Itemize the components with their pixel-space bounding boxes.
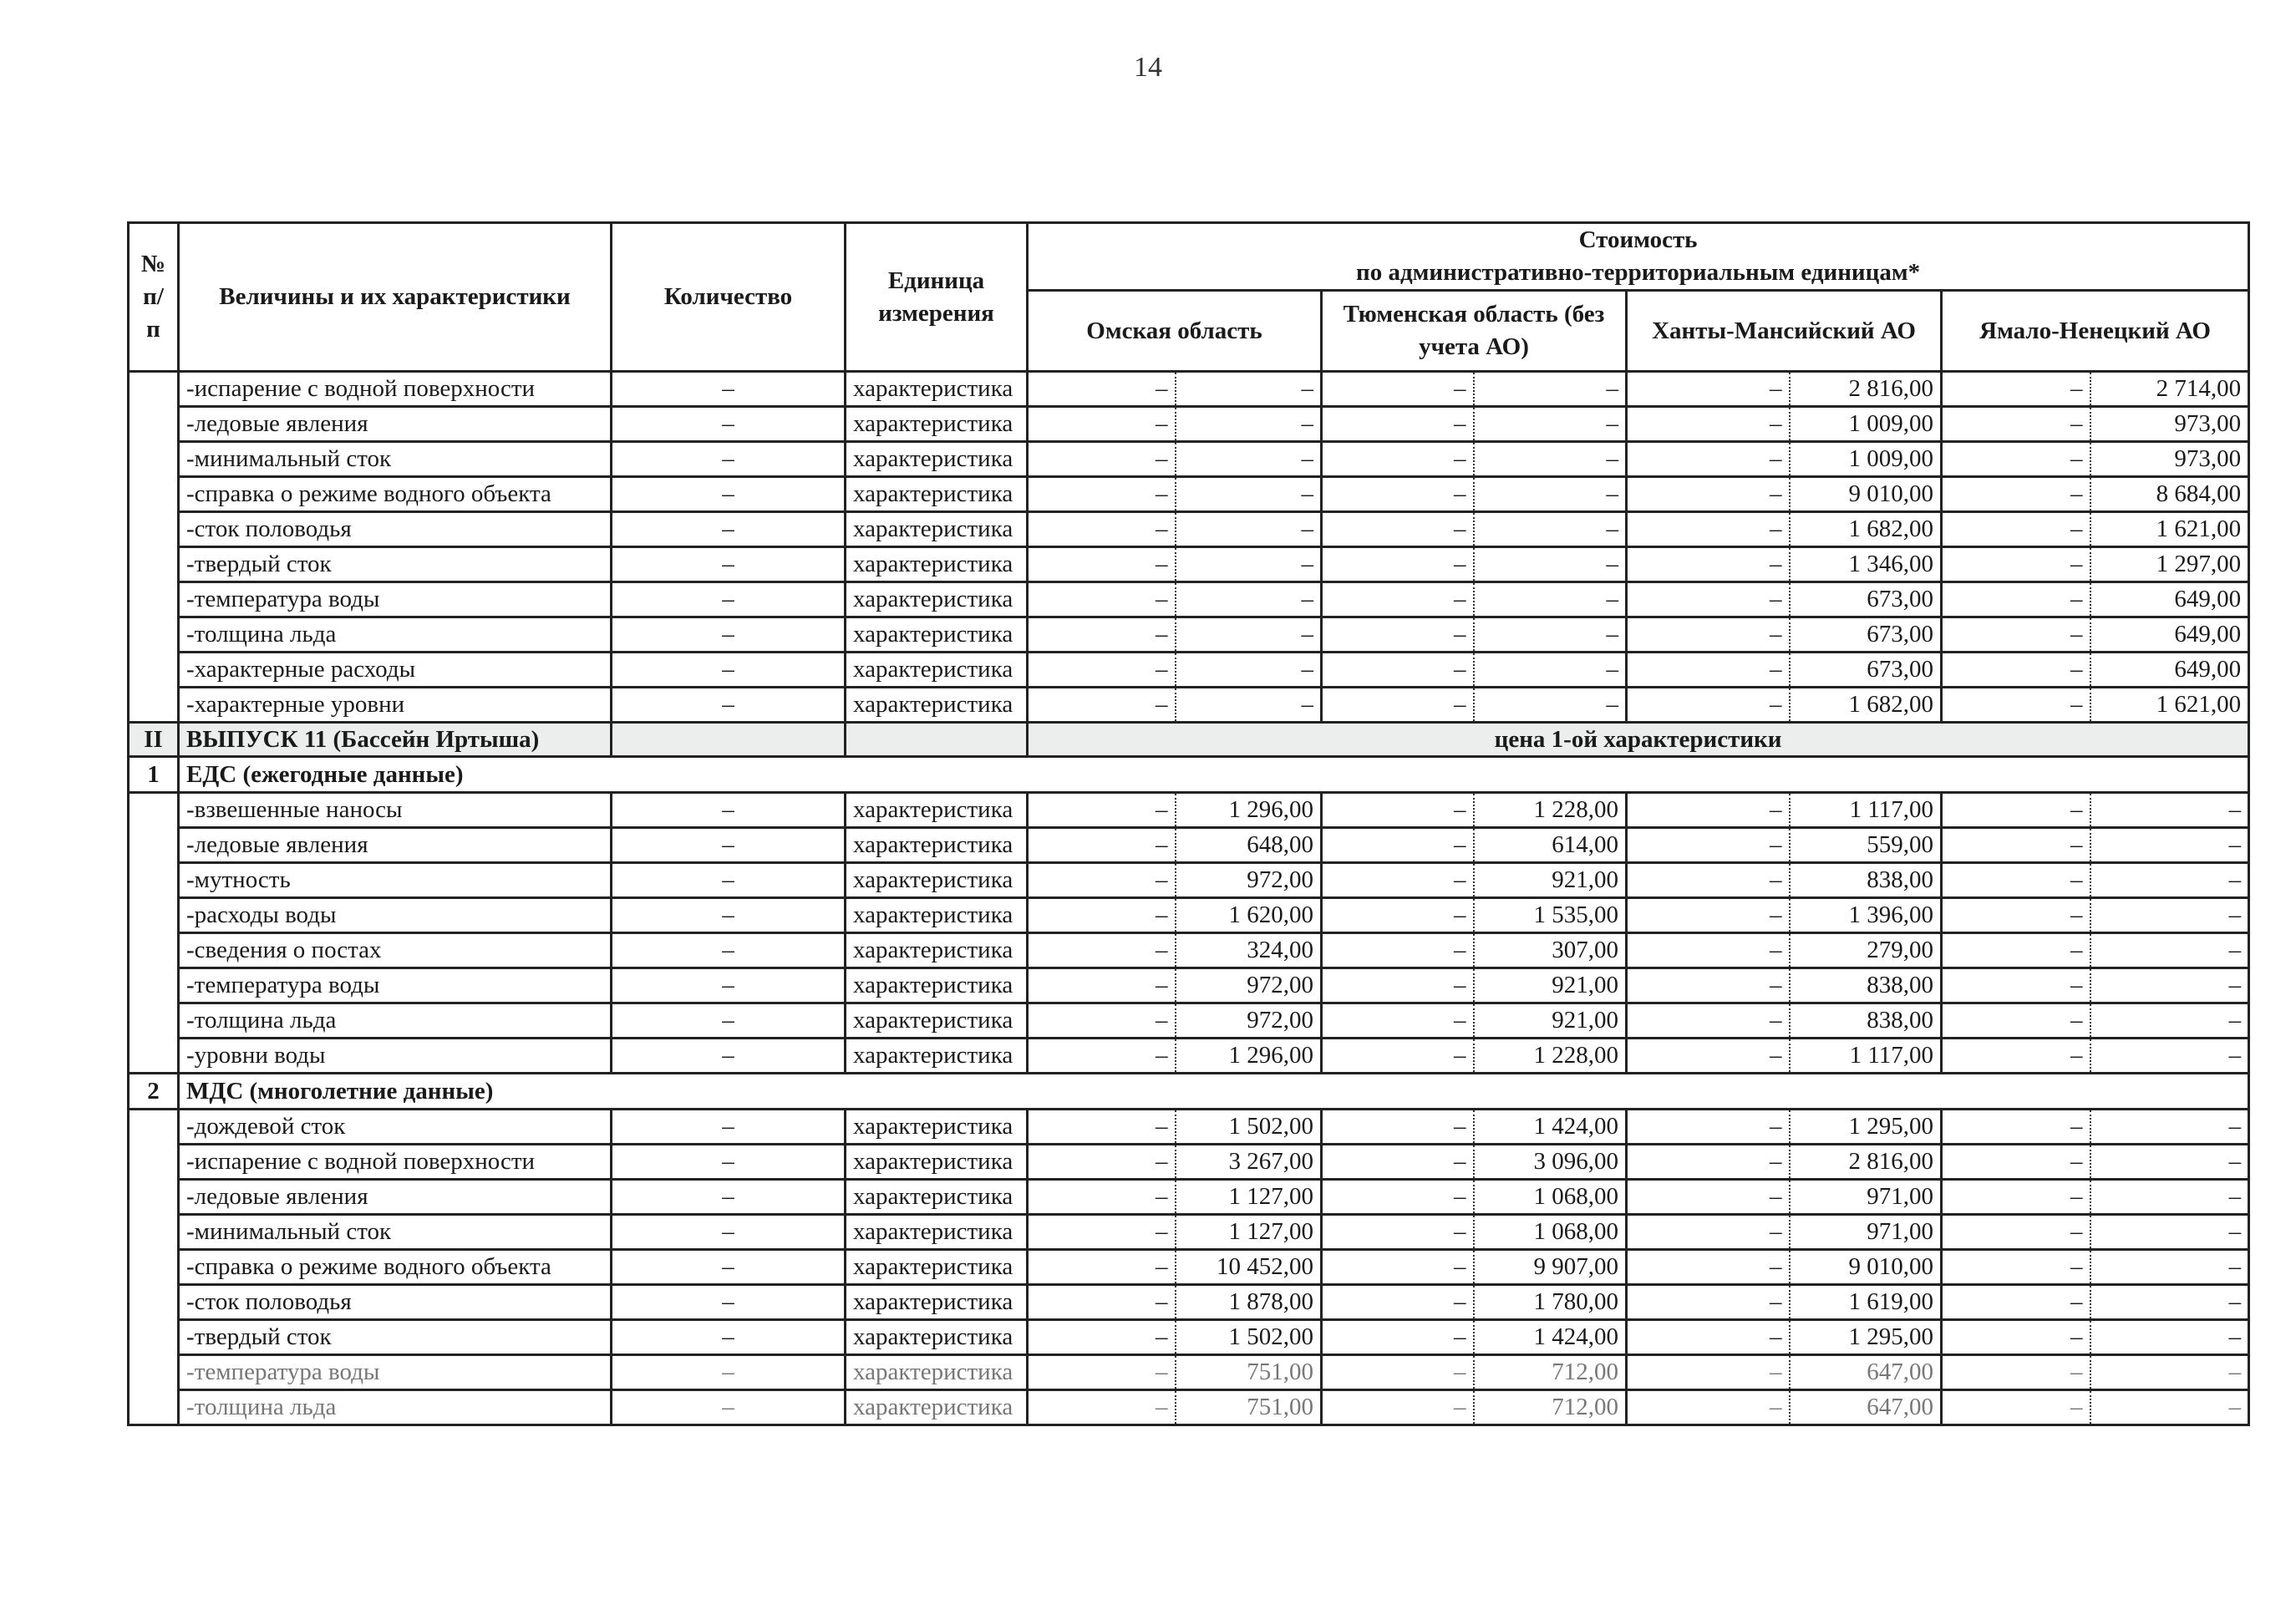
- row-value: 1 502,00: [1176, 1110, 1322, 1145]
- row-value: –: [1474, 547, 1627, 582]
- row-qty: –: [612, 653, 846, 688]
- row-value: –: [1322, 1180, 1474, 1215]
- row-value: –: [1322, 1003, 1474, 1039]
- row-value: –: [2090, 968, 2249, 1003]
- row-name: -справка о режиме водного объекта: [179, 477, 612, 512]
- section-row: IIВЫПУСК 11 (Бассейн Иртыша)цена 1-ой ха…: [129, 723, 2249, 757]
- table-row: -испарение с водной поверхности–характер…: [129, 372, 2249, 407]
- table-row: -толщина льда–характеристика–751,00–712,…: [129, 1390, 2249, 1425]
- row-value: 673,00: [1790, 582, 1942, 617]
- row-value: –: [1942, 1250, 2090, 1285]
- row-qty: –: [612, 1285, 846, 1320]
- row-unit: характеристика: [846, 828, 1028, 863]
- row-value: 1 009,00: [1790, 442, 1942, 477]
- row-value: –: [2090, 1003, 2249, 1039]
- row-value: –: [1322, 442, 1474, 477]
- row-value: –: [1028, 1320, 1176, 1355]
- subsection-number: 1: [129, 757, 179, 793]
- row-value: –: [1028, 407, 1176, 442]
- row-qty: –: [612, 828, 846, 863]
- row-value: –: [1474, 617, 1627, 653]
- row-value: 1 535,00: [1474, 898, 1627, 933]
- row-unit: характеристика: [846, 1355, 1028, 1390]
- table-row: -дождевой сток–характеристика–1 502,00–1…: [129, 1110, 2249, 1145]
- row-qty: –: [612, 933, 846, 968]
- row-value: –: [1627, 372, 1790, 407]
- row-unit: характеристика: [846, 512, 1028, 547]
- row-name: -взвешенные наносы: [179, 793, 612, 828]
- table-row: -толщина льда–характеристика–––––673,00–…: [129, 617, 2249, 653]
- table-row: -уровни воды–характеристика–1 296,00–1 2…: [129, 1039, 2249, 1074]
- row-value: 324,00: [1176, 933, 1322, 968]
- row-qty: –: [612, 688, 846, 723]
- row-value: –: [1028, 1145, 1176, 1180]
- row-value: 838,00: [1790, 968, 1942, 1003]
- row-value: –: [1627, 1215, 1790, 1250]
- row-value: –: [2090, 1285, 2249, 1320]
- row-unit: характеристика: [846, 968, 1028, 1003]
- table-row: -ледовые явления–характеристика–648,00–6…: [129, 828, 2249, 863]
- row-value: –: [1474, 653, 1627, 688]
- row-name: -справка о режиме водного объекта: [179, 1250, 612, 1285]
- row-name: -испарение с водной поверхности: [179, 1145, 612, 1180]
- row-value: 1 621,00: [2090, 512, 2249, 547]
- row-value: –: [2090, 1180, 2249, 1215]
- row-value: –: [1322, 653, 1474, 688]
- row-value: 614,00: [1474, 828, 1627, 863]
- row-value: 1 620,00: [1176, 898, 1322, 933]
- row-value: –: [1942, 968, 2090, 1003]
- row-value: –: [1322, 477, 1474, 512]
- row-value: –: [1942, 1215, 2090, 1250]
- cost-table: № п/п Величины и их характеристики Колич…: [127, 221, 2250, 1426]
- row-value: 751,00: [1176, 1390, 1322, 1425]
- row-value: –: [1176, 688, 1322, 723]
- row-value: –: [1322, 1390, 1474, 1425]
- row-value: –: [2090, 933, 2249, 968]
- row-value: –: [1322, 582, 1474, 617]
- table-row: -справка о режиме водного объекта–характ…: [129, 1250, 2249, 1285]
- row-value: –: [1627, 477, 1790, 512]
- table-row: -минимальный сток–характеристика–––––1 0…: [129, 442, 2249, 477]
- row-value: –: [2090, 1390, 2249, 1425]
- row-value: –: [1028, 1285, 1176, 1320]
- row-value: –: [1627, 1003, 1790, 1039]
- row-value: –: [1942, 1355, 2090, 1390]
- row-value: –: [1028, 1355, 1176, 1390]
- table-row: -температура воды–характеристика–972,00–…: [129, 968, 2249, 1003]
- row-qty: –: [612, 1320, 846, 1355]
- row-value: 1 878,00: [1176, 1285, 1322, 1320]
- row-value: –: [1322, 1215, 1474, 1250]
- row-value: –: [1176, 442, 1322, 477]
- row-value: –: [1028, 1003, 1176, 1039]
- row-qty: –: [612, 793, 846, 828]
- row-value: 1 068,00: [1474, 1215, 1627, 1250]
- row-value: 973,00: [2090, 407, 2249, 442]
- price-note: цена 1-ой характеристики: [1028, 723, 2249, 757]
- row-value: 9 010,00: [1790, 477, 1942, 512]
- row-value: 971,00: [1790, 1180, 1942, 1215]
- row-value: 921,00: [1474, 968, 1627, 1003]
- row-value: –: [1627, 968, 1790, 1003]
- row-value: 648,00: [1176, 828, 1322, 863]
- row-value: –: [1474, 442, 1627, 477]
- table-row: -испарение с водной поверхности–характер…: [129, 1145, 2249, 1180]
- row-value: –: [1028, 512, 1176, 547]
- row-value: –: [1627, 617, 1790, 653]
- row-value: –: [1627, 407, 1790, 442]
- row-value: –: [1028, 1215, 1176, 1250]
- row-value: –: [1942, 372, 2090, 407]
- row-value: –: [1942, 1039, 2090, 1074]
- subsection-title: ЕДС (ежегодные данные): [179, 757, 2249, 793]
- row-value: –: [1942, 1390, 2090, 1425]
- row-value: –: [1176, 617, 1322, 653]
- row-value: –: [1322, 1355, 1474, 1390]
- table-row: -твердый сток–характеристика–––––1 346,0…: [129, 547, 2249, 582]
- header-region-tyumen: Тюменская область (без учета АО): [1322, 291, 1627, 372]
- table-row: -сток половодья–характеристика–1 878,00–…: [129, 1285, 2249, 1320]
- row-value: –: [1322, 1285, 1474, 1320]
- row-value: –: [1627, 1390, 1790, 1425]
- row-value: –: [2090, 828, 2249, 863]
- section-empty: [612, 723, 846, 757]
- row-value: –: [1176, 653, 1322, 688]
- row-value: –: [1028, 1250, 1176, 1285]
- row-value: 647,00: [1790, 1355, 1942, 1390]
- row-value: –: [1322, 863, 1474, 898]
- row-unit: характеристика: [846, 582, 1028, 617]
- row-name: -уровни воды: [179, 1039, 612, 1074]
- row-value: 1 117,00: [1790, 1039, 1942, 1074]
- row-unit: характеристика: [846, 442, 1028, 477]
- row-value: 2 816,00: [1790, 1145, 1942, 1180]
- row-qty: –: [612, 898, 846, 933]
- header-num: № п/п: [129, 223, 179, 372]
- row-value: 1 502,00: [1176, 1320, 1322, 1355]
- table-row: -справка о режиме водного объекта–характ…: [129, 477, 2249, 512]
- row-value: –: [1176, 547, 1322, 582]
- header-cost-title: Стоимость: [1035, 224, 2241, 256]
- row-name: -минимальный сток: [179, 442, 612, 477]
- row-unit: характеристика: [846, 1250, 1028, 1285]
- row-unit: характеристика: [846, 1039, 1028, 1074]
- row-qty: –: [612, 512, 846, 547]
- row-value: –: [2090, 1320, 2249, 1355]
- row-value: 649,00: [2090, 653, 2249, 688]
- row-value: –: [1627, 442, 1790, 477]
- row-name: -мутность: [179, 863, 612, 898]
- row-unit: характеристика: [846, 863, 1028, 898]
- row-value: –: [1942, 828, 2090, 863]
- row-value: 973,00: [2090, 442, 2249, 477]
- row-name: -ледовые явления: [179, 828, 612, 863]
- row-value: –: [1474, 512, 1627, 547]
- row-name: -толщина льда: [179, 1390, 612, 1425]
- row-value: –: [1028, 898, 1176, 933]
- row-value: 9 010,00: [1790, 1250, 1942, 1285]
- row-unit: характеристика: [846, 1110, 1028, 1145]
- subsection-row: 2МДС (многолетние данные): [129, 1074, 2249, 1110]
- row-value: –: [1627, 1180, 1790, 1215]
- row-unit: характеристика: [846, 617, 1028, 653]
- table-row: -твердый сток–характеристика–1 502,00–1 …: [129, 1320, 2249, 1355]
- row-unit: характеристика: [846, 372, 1028, 407]
- table-row: -характерные уровни–характеристика–––––1…: [129, 688, 2249, 723]
- table-row: -толщина льда–характеристика–972,00–921,…: [129, 1003, 2249, 1039]
- row-value: 1 424,00: [1474, 1320, 1627, 1355]
- row-value: –: [1474, 372, 1627, 407]
- row-value: 2 816,00: [1790, 372, 1942, 407]
- row-value: –: [1322, 933, 1474, 968]
- row-qty: –: [612, 1110, 846, 1145]
- row-unit: характеристика: [846, 407, 1028, 442]
- subsection-title: МДС (многолетние данные): [179, 1074, 2249, 1110]
- row-value: 751,00: [1176, 1355, 1322, 1390]
- row-value: –: [1322, 1110, 1474, 1145]
- row-unit: характеристика: [846, 898, 1028, 933]
- row-value: –: [1627, 898, 1790, 933]
- row-value: –: [1627, 512, 1790, 547]
- row-value: –: [2090, 898, 2249, 933]
- row-value: –: [1322, 688, 1474, 723]
- row-value: –: [1322, 793, 1474, 828]
- row-value: –: [1028, 1039, 1176, 1074]
- row-value: 1 619,00: [1790, 1285, 1942, 1320]
- row-value: 9 907,00: [1474, 1250, 1627, 1285]
- row-value: 1 127,00: [1176, 1180, 1322, 1215]
- row-value: –: [1627, 828, 1790, 863]
- row-value: –: [1942, 512, 2090, 547]
- row-value: 838,00: [1790, 1003, 1942, 1039]
- row-name: -характерные уровни: [179, 688, 612, 723]
- row-value: –: [1627, 933, 1790, 968]
- row-qty: –: [612, 968, 846, 1003]
- row-value: –: [1176, 407, 1322, 442]
- row-value: –: [1942, 1320, 2090, 1355]
- row-value: 1 296,00: [1176, 1039, 1322, 1074]
- row-value: –: [1176, 477, 1322, 512]
- row-unit: характеристика: [846, 1320, 1028, 1355]
- row-name: -ледовые явления: [179, 1180, 612, 1215]
- row-qty: –: [612, 547, 846, 582]
- row-value: 921,00: [1474, 863, 1627, 898]
- row-value: –: [1474, 477, 1627, 512]
- row-value: –: [1028, 793, 1176, 828]
- row-value: 712,00: [1474, 1355, 1627, 1390]
- header-region-omsk: Омская область: [1028, 291, 1322, 372]
- row-qty: –: [612, 1250, 846, 1285]
- row-qty: –: [612, 477, 846, 512]
- row-value: –: [1028, 582, 1176, 617]
- row-value: 972,00: [1176, 863, 1322, 898]
- row-value: –: [1942, 547, 2090, 582]
- row-value: –: [1627, 582, 1790, 617]
- header-cost-subtitle: по административно-территориальным едини…: [1035, 256, 2241, 289]
- row-value: 1 346,00: [1790, 547, 1942, 582]
- header-region-yanao: Ямало-Ненецкий АО: [1942, 291, 2249, 372]
- row-value: –: [1942, 1145, 2090, 1180]
- row-value: –: [1942, 793, 2090, 828]
- row-value: –: [1942, 1110, 2090, 1145]
- row-value: –: [1627, 1039, 1790, 1074]
- row-qty: –: [612, 1003, 846, 1039]
- row-value: –: [1028, 968, 1176, 1003]
- row-value: 1 297,00: [2090, 547, 2249, 582]
- row-name: -температура воды: [179, 1355, 612, 1390]
- row-value: 649,00: [2090, 617, 2249, 653]
- row-qty: –: [612, 1390, 846, 1425]
- row-value: –: [1627, 1320, 1790, 1355]
- row-name: -толщина льда: [179, 1003, 612, 1039]
- row-value: –: [1627, 1145, 1790, 1180]
- row-qty: –: [612, 1180, 846, 1215]
- row-value: –: [1028, 477, 1176, 512]
- subsection-row: 1ЕДС (ежегодные данные): [129, 757, 2249, 793]
- row-qty: –: [612, 1145, 846, 1180]
- section-number: II: [129, 723, 179, 757]
- row-value: –: [1322, 407, 1474, 442]
- row-value: 1 117,00: [1790, 793, 1942, 828]
- row-value: –: [1474, 407, 1627, 442]
- row-value: –: [1322, 372, 1474, 407]
- table-row: -ледовые явления–характеристика–––––1 00…: [129, 407, 2249, 442]
- row-value: –: [1322, 828, 1474, 863]
- row-value: 972,00: [1176, 1003, 1322, 1039]
- row-value: 972,00: [1176, 968, 1322, 1003]
- row-qty: –: [612, 617, 846, 653]
- row-name: -сток половодья: [179, 1285, 612, 1320]
- row-value: 1 396,00: [1790, 898, 1942, 933]
- row-value: –: [1942, 653, 2090, 688]
- row-unit: характеристика: [846, 933, 1028, 968]
- row-value: 10 452,00: [1176, 1250, 1322, 1285]
- row-value: 1 295,00: [1790, 1110, 1942, 1145]
- row-name: -ледовые явления: [179, 407, 612, 442]
- row-value: –: [2090, 793, 2249, 828]
- row-value: –: [1627, 793, 1790, 828]
- header-qty: Количество: [612, 223, 846, 372]
- row-value: –: [1942, 407, 2090, 442]
- row-number-cell: [129, 793, 179, 1074]
- row-name: -минимальный сток: [179, 1215, 612, 1250]
- row-name: -дождевой сток: [179, 1110, 612, 1145]
- row-value: –: [1322, 1145, 1474, 1180]
- row-value: 647,00: [1790, 1390, 1942, 1425]
- row-value: –: [1942, 477, 2090, 512]
- table-row: -сведения о постах–характеристика–324,00…: [129, 933, 2249, 968]
- row-value: –: [1028, 1180, 1176, 1215]
- row-value: 673,00: [1790, 653, 1942, 688]
- row-unit: характеристика: [846, 793, 1028, 828]
- table-row: -сток половодья–характеристика–––––1 682…: [129, 512, 2249, 547]
- header-region-khmao: Ханты-Мансийский АО: [1627, 291, 1942, 372]
- row-value: –: [1322, 898, 1474, 933]
- row-value: –: [1627, 1285, 1790, 1320]
- row-value: –: [1028, 653, 1176, 688]
- row-value: –: [1028, 617, 1176, 653]
- row-unit: характеристика: [846, 1390, 1028, 1425]
- row-name: -температура воды: [179, 582, 612, 617]
- row-value: –: [2090, 1250, 2249, 1285]
- row-qty: –: [612, 1355, 846, 1390]
- row-qty: –: [612, 372, 846, 407]
- row-value: 559,00: [1790, 828, 1942, 863]
- row-value: 3 267,00: [1176, 1145, 1322, 1180]
- row-unit: характеристика: [846, 688, 1028, 723]
- row-value: –: [2090, 1039, 2249, 1074]
- row-unit: характеристика: [846, 653, 1028, 688]
- row-qty: –: [612, 407, 846, 442]
- row-value: –: [1028, 547, 1176, 582]
- row-value: 8 684,00: [2090, 477, 2249, 512]
- row-qty: –: [612, 863, 846, 898]
- row-value: –: [1028, 933, 1176, 968]
- row-value: –: [1322, 547, 1474, 582]
- row-value: –: [2090, 1355, 2249, 1390]
- row-value: –: [1028, 372, 1176, 407]
- row-name: -расходы воды: [179, 898, 612, 933]
- table-row: -температура воды–характеристика–––––673…: [129, 582, 2249, 617]
- row-value: 971,00: [1790, 1215, 1942, 1250]
- row-value: –: [1322, 512, 1474, 547]
- row-qty: –: [612, 442, 846, 477]
- row-value: –: [1176, 582, 1322, 617]
- table-row: -мутность–характеристика–972,00–921,00–8…: [129, 863, 2249, 898]
- row-value: –: [1942, 582, 2090, 617]
- row-name: -испарение с водной поверхности: [179, 372, 612, 407]
- row-unit: характеристика: [846, 1180, 1028, 1215]
- row-value: 921,00: [1474, 1003, 1627, 1039]
- row-value: –: [1322, 1320, 1474, 1355]
- row-value: 712,00: [1474, 1390, 1627, 1425]
- row-value: –: [1627, 1250, 1790, 1285]
- row-value: 673,00: [1790, 617, 1942, 653]
- row-value: –: [1028, 1390, 1176, 1425]
- row-value: –: [1942, 898, 2090, 933]
- row-value: –: [2090, 1110, 2249, 1145]
- row-value: 1 682,00: [1790, 512, 1942, 547]
- row-value: 1 682,00: [1790, 688, 1942, 723]
- row-value: 1 228,00: [1474, 793, 1627, 828]
- row-value: 1 621,00: [2090, 688, 2249, 723]
- page-number: 14: [0, 52, 2296, 84]
- row-value: –: [1627, 547, 1790, 582]
- row-value: –: [1942, 933, 2090, 968]
- row-name: -твердый сток: [179, 1320, 612, 1355]
- table-row: -расходы воды–характеристика–1 620,00–1 …: [129, 898, 2249, 933]
- table-row: -минимальный сток–характеристика–1 127,0…: [129, 1215, 2249, 1250]
- row-qty: –: [612, 1215, 846, 1250]
- row-value: –: [1028, 1110, 1176, 1145]
- row-value: –: [1942, 688, 2090, 723]
- header-name: Величины и их характеристики: [179, 223, 612, 372]
- row-value: 838,00: [1790, 863, 1942, 898]
- row-value: –: [1942, 863, 2090, 898]
- row-unit: характеристика: [846, 1285, 1028, 1320]
- row-value: 1 295,00: [1790, 1320, 1942, 1355]
- row-unit: характеристика: [846, 1145, 1028, 1180]
- row-value: –: [1322, 1039, 1474, 1074]
- row-value: –: [1627, 1355, 1790, 1390]
- row-value: –: [1942, 442, 2090, 477]
- row-name: -сток половодья: [179, 512, 612, 547]
- row-value: –: [1176, 372, 1322, 407]
- row-value: –: [1627, 1110, 1790, 1145]
- row-unit: характеристика: [846, 477, 1028, 512]
- row-unit: характеристика: [846, 1003, 1028, 1039]
